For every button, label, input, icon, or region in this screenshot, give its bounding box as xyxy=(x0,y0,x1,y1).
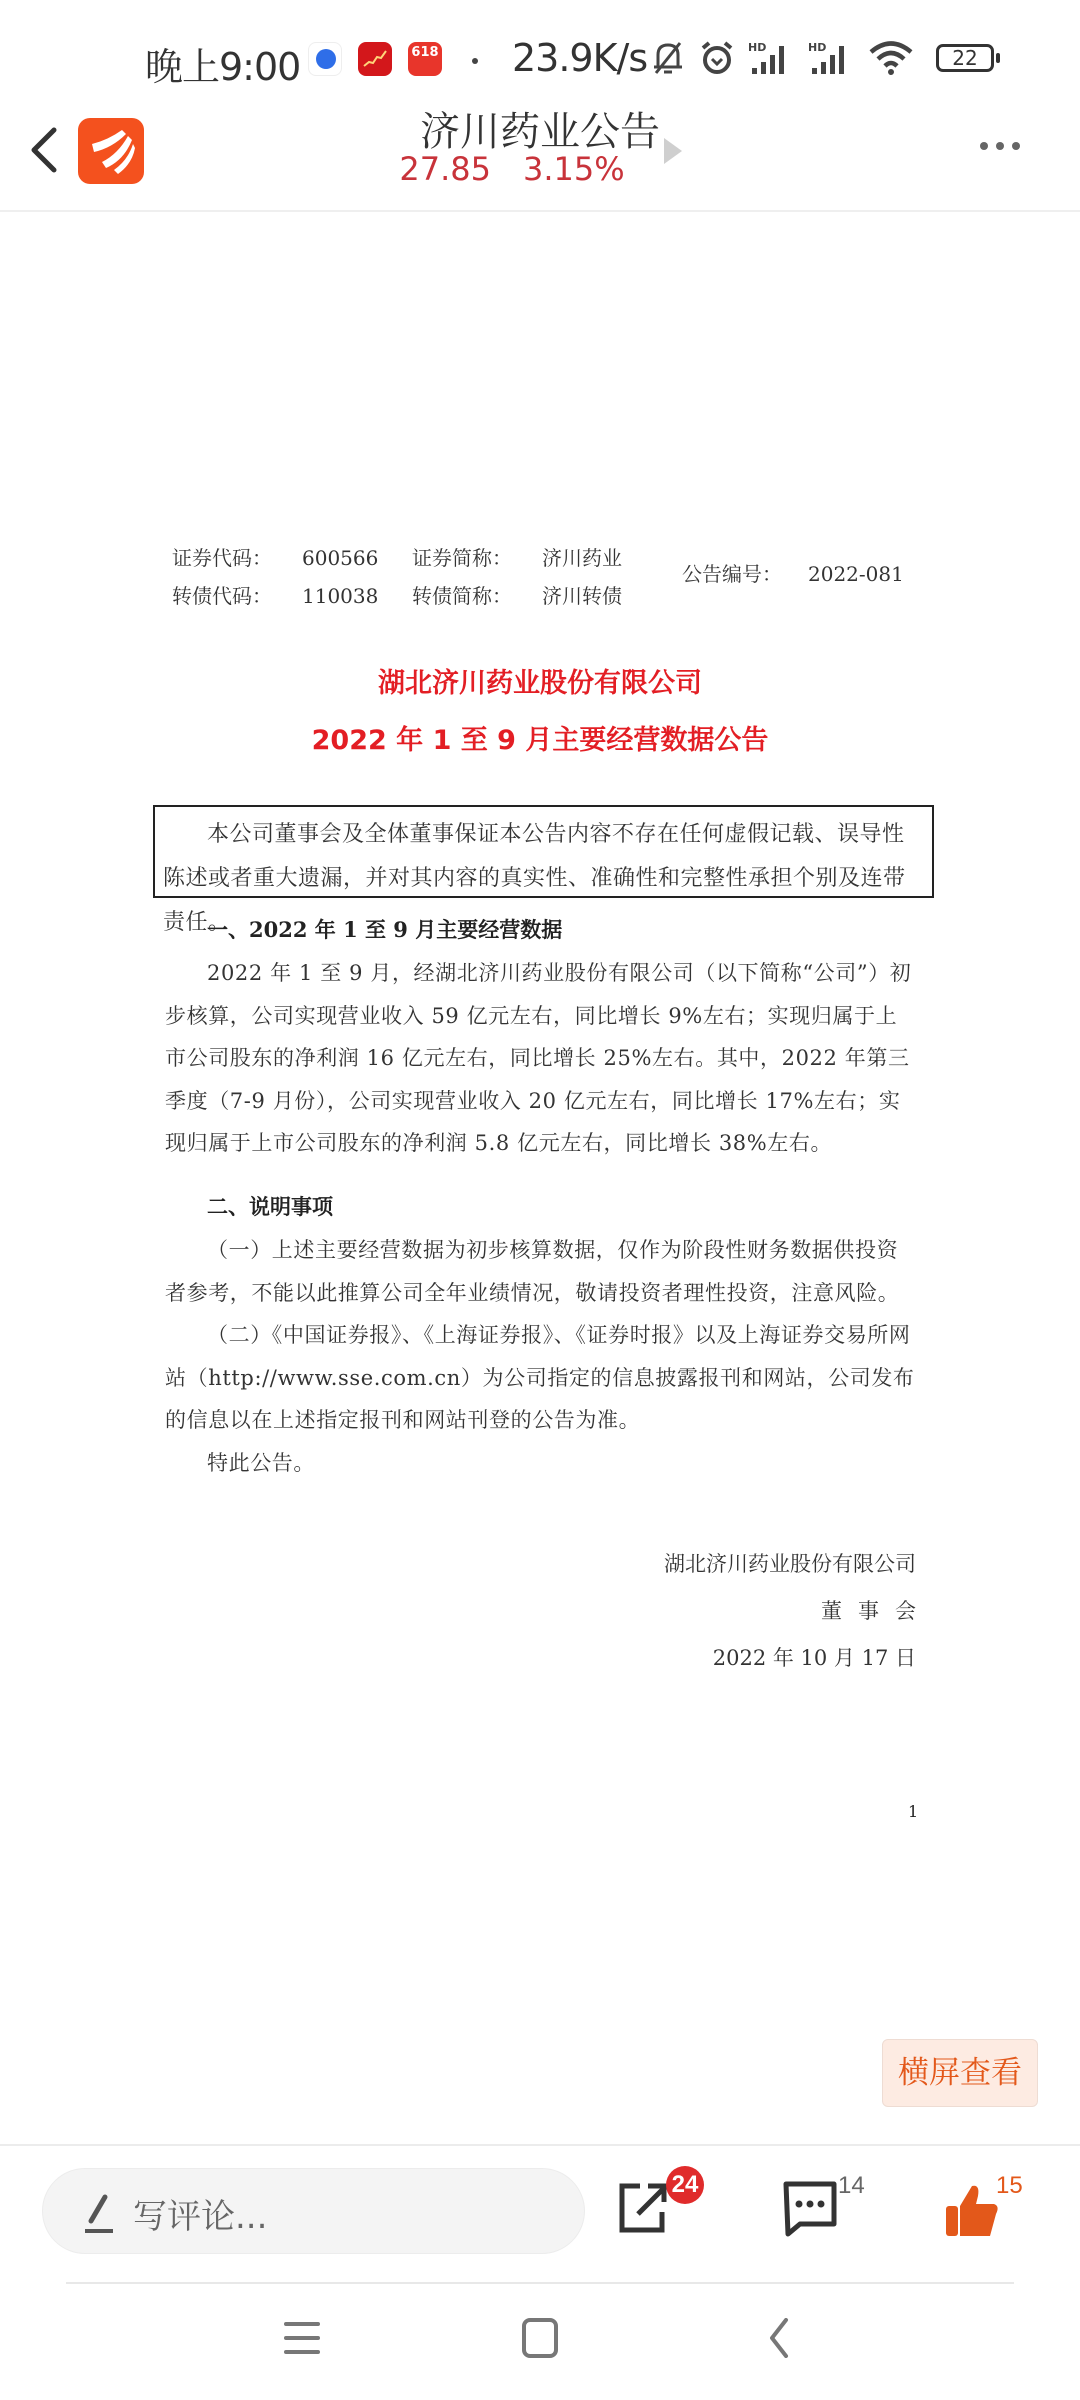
battery-icon: 22 xyxy=(936,44,994,72)
closing-text: 特此公告。 xyxy=(165,1442,917,1485)
back-icon xyxy=(760,2318,800,2358)
comment-placeholder: 写评论... xyxy=(133,2189,267,2238)
code-label: 转债代码： xyxy=(172,577,302,615)
hd-signal-icon: HD xyxy=(748,40,796,76)
name-value: 济川转债 xyxy=(542,577,642,615)
stock-app-icon xyxy=(358,42,392,76)
comments-button[interactable] xyxy=(782,2180,838,2244)
announcement-number-value: 2022-081 xyxy=(808,562,904,586)
more-options-button[interactable] xyxy=(980,142,1020,150)
share-count-badge: 24 xyxy=(666,2166,704,2204)
home-button[interactable] xyxy=(520,2318,560,2362)
dot-icon xyxy=(1012,142,1020,150)
thumbs-up-icon xyxy=(944,2180,1000,2240)
like-count: 15 xyxy=(996,2172,1023,2200)
system-back-button[interactable] xyxy=(760,2318,800,2362)
disclaimer-box: 本公司董事会及全体董事保证本公告内容不存在任何虚假记载、误导性陈述或者重大遗漏，… xyxy=(153,805,934,898)
comment-count: 14 xyxy=(838,2172,865,2200)
network-speed: 23.9K/s xyxy=(512,36,647,80)
section-paragraph: （一）上述主要经营数据为初步核算数据，仅作为阶段性财务数据供投资者参考，不能以此… xyxy=(165,1229,917,1314)
baidu-app-icon xyxy=(308,42,342,76)
separator-dot xyxy=(472,58,478,64)
code-label: 证券代码： xyxy=(172,539,302,577)
page-number: 1 xyxy=(908,1802,918,1821)
system-nav-bar xyxy=(0,2284,1080,2400)
status-time: 晚上9:00 xyxy=(145,36,300,91)
system-status-icons: HD HD xyxy=(650,38,914,78)
code-value: 600566 xyxy=(302,539,412,577)
announcement-number: 公告编号：2022-081 xyxy=(682,558,904,587)
security-code-row: 证券代码： 600566 证券简称： 济川药业 xyxy=(172,539,642,577)
like-button[interactable] xyxy=(944,2180,1000,2244)
name-label: 证券简称： xyxy=(412,539,542,577)
comment-bubble-icon xyxy=(782,2180,838,2240)
bond-code-row: 转债代码： 110038 转债简称： 济川转债 xyxy=(172,577,642,615)
section-paragraph: 2022 年 1 至 9 月，经湖北济川药业股份有限公司（以下简称“公司”）初步… xyxy=(165,952,917,1165)
jd-618-app-icon: 618 xyxy=(408,42,442,76)
bell-muted-icon xyxy=(650,39,686,77)
stock-change-percent: 3.15% xyxy=(523,150,625,188)
section-paragraph: （二）《中国证券报》、《上海证券报》、《证券时报》以及上海证券交易所网站（htt… xyxy=(165,1314,917,1442)
stock-quote[interactable]: 27.853.15% xyxy=(0,150,1024,188)
hd-signal-icon: HD xyxy=(808,40,856,76)
app-header: 济川药业公告 27.853.15% xyxy=(0,100,1080,212)
page-title: 济川药业公告 xyxy=(0,100,1080,157)
svg-text:HD: HD xyxy=(808,41,826,54)
code-value: 110038 xyxy=(302,577,412,615)
share-icon xyxy=(616,2180,672,2236)
play-arrow-icon[interactable] xyxy=(664,138,682,164)
company-title: 湖北济川药业股份有限公司 xyxy=(0,661,1080,700)
name-label: 转债简称： xyxy=(412,577,542,615)
announcement-number-label: 公告编号： xyxy=(682,562,782,586)
alarm-icon xyxy=(698,39,736,77)
dot-icon xyxy=(996,142,1004,150)
signature-date: 2022 年 10 月 17 日 xyxy=(713,1642,916,1672)
document-title: 2022 年 1 至 9 月主要经营数据公告 xyxy=(0,718,1080,757)
name-value: 济川药业 xyxy=(542,539,642,577)
signature-board: 董事会 xyxy=(821,1595,932,1625)
stock-price: 27.85 xyxy=(399,150,491,188)
share-button[interactable] xyxy=(616,2180,672,2240)
status-bar: 晚上9:00 618 23.9K/s HD HD xyxy=(0,0,1080,100)
menu-icon xyxy=(282,2318,322,2358)
recent-apps-button[interactable] xyxy=(282,2318,322,2362)
section-heading: 一、2022 年 1 至 9 月主要经营数据 xyxy=(207,914,562,944)
section-heading: 二、说明事项 xyxy=(207,1191,333,1221)
pencil-icon xyxy=(81,2191,121,2235)
security-codes: 证券代码： 600566 证券简称： 济川药业 转债代码： 110038 转债简… xyxy=(172,539,642,615)
announcement-document: 证券代码： 600566 证券简称： 济川药业 转债代码： 110038 转债简… xyxy=(0,214,1080,2142)
wifi-icon xyxy=(868,39,914,77)
signature-company: 湖北济川药业股份有限公司 xyxy=(664,1548,916,1578)
svg-text:HD: HD xyxy=(748,41,766,54)
bottom-action-bar: 写评论... 24 14 15 xyxy=(0,2144,1080,2270)
comment-input[interactable]: 写评论... xyxy=(42,2168,585,2254)
landscape-view-button[interactable]: 横屏查看 xyxy=(882,2039,1038,2107)
dot-icon xyxy=(980,142,988,150)
home-icon xyxy=(520,2318,560,2358)
